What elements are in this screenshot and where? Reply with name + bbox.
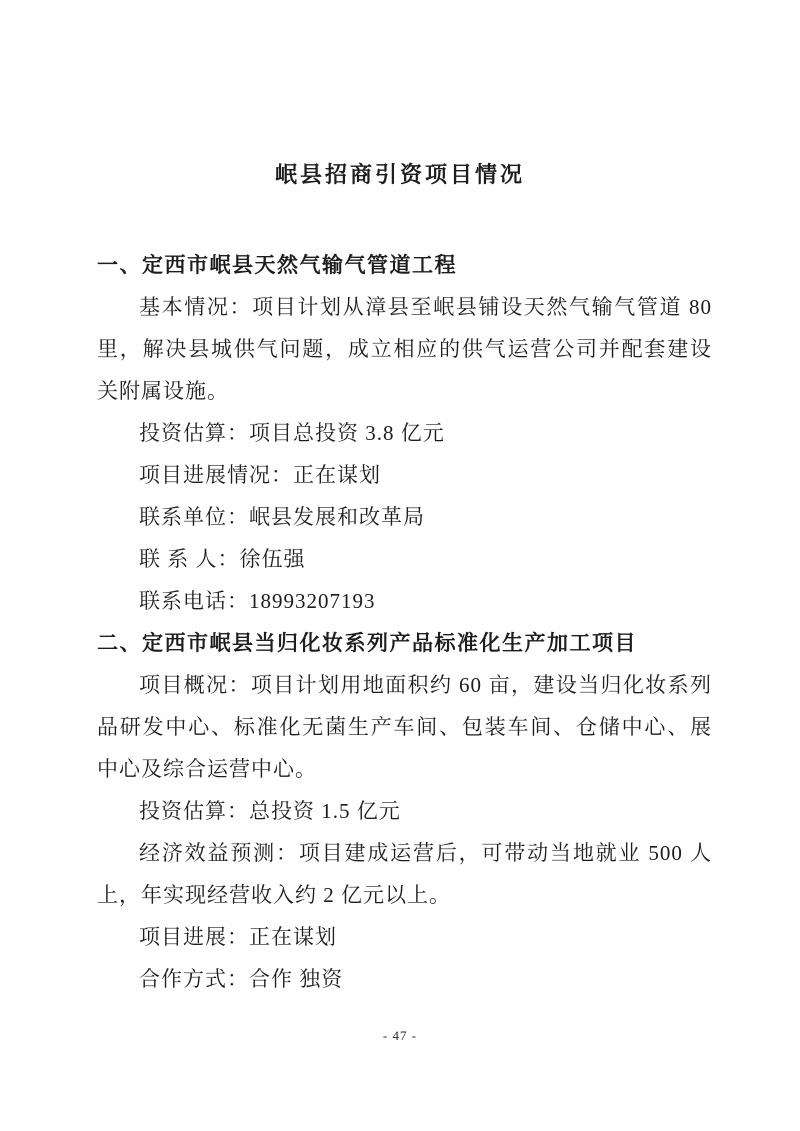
- document-title: 岷县招商引资项目情况: [0, 0, 800, 192]
- paragraph-line: 里，解决县城供气问题，成立相应的供气运营公司并配套建设相: [97, 328, 712, 370]
- economic-benefit-line: 经济效益预测：项目建成运营后，可带动当地就业 500 人以: [97, 832, 712, 874]
- cooperation-mode-line: 合作方式：合作 独资: [97, 958, 712, 1000]
- document-page: 岷县招商引资项目情况 一、定西市岷县天然气输气管道工程 基本情况：项目计划从漳县…: [0, 0, 800, 1131]
- paragraph-line: 关附属设施。: [97, 370, 712, 412]
- project-progress-line: 项目进展：正在谋划: [97, 916, 712, 958]
- paragraph-line: 项目概况：项目计划用地面积约 60 亩，建设当归化妆系列产: [97, 664, 712, 706]
- paragraph-line: 基本情况：项目计划从漳县至岷县铺设天然气输气管道 80 公: [97, 286, 712, 328]
- paragraph-line: 中心及综合运营中心。: [97, 748, 712, 790]
- economic-benefit-line: 上，年实现经营收入约 2 亿元以上。: [97, 874, 712, 916]
- contact-person-line: 联 系 人：徐伍强: [97, 538, 712, 580]
- document-body: 一、定西市岷县天然气输气管道工程 基本情况：项目计划从漳县至岷县铺设天然气输气管…: [97, 244, 712, 1000]
- section-2-heading: 二、定西市岷县当归化妆系列产品标准化生产加工项目: [97, 622, 712, 664]
- investment-estimate-line: 投资估算：项目总投资 3.8 亿元: [97, 412, 712, 454]
- contact-phone-line: 联系电话：18993207193: [97, 580, 712, 622]
- contact-unit-line: 联系单位：岷县发展和改革局: [97, 496, 712, 538]
- page-number: - 47 -: [0, 1028, 800, 1044]
- investment-estimate-line: 投资估算：总投资 1.5 亿元: [97, 790, 712, 832]
- project-progress-line: 项目进展情况：正在谋划: [97, 454, 712, 496]
- paragraph-line: 品研发中心、标准化无菌生产车间、包装车间、仓储中心、展销: [97, 706, 712, 748]
- section-1-heading: 一、定西市岷县天然气输气管道工程: [97, 244, 712, 286]
